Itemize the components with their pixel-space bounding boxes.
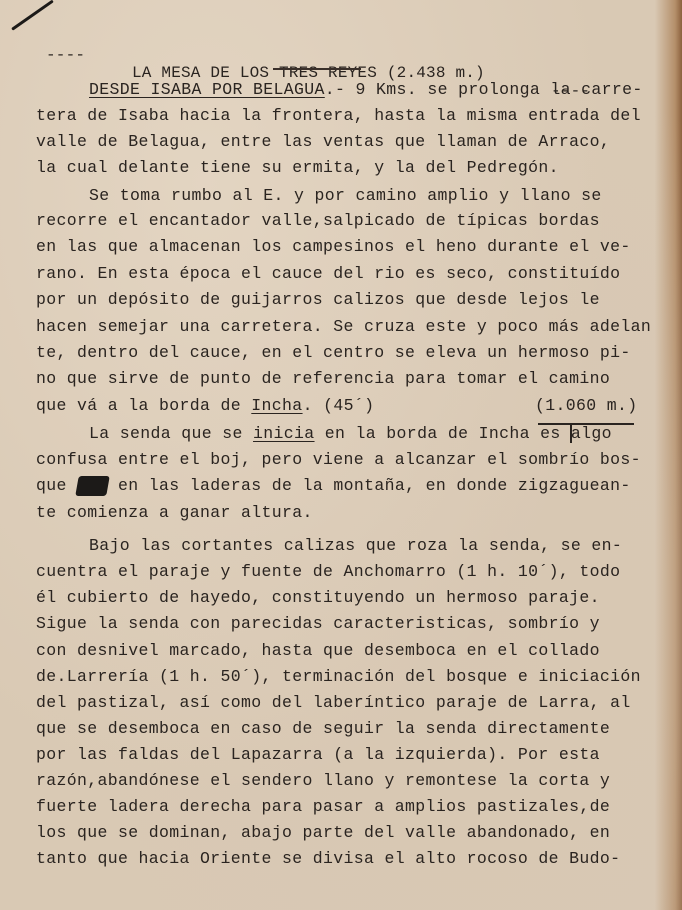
- text-line: hacen semejar una carretera. Se cruza es…: [36, 317, 651, 337]
- text-line: La senda que se inicia en la borda de In…: [89, 424, 612, 444]
- text-line: Sigue la senda con parecidas caracterist…: [36, 614, 600, 634]
- struck-out-word: hay: [75, 476, 109, 496]
- text-line: que vá a la borda de Incha. (45´): [36, 396, 374, 416]
- pencil-mark: [11, 0, 54, 31]
- text-line: por un depósito de guijarros calizos que…: [36, 290, 600, 310]
- text-line: rano. En esta época el cauce del rio es …: [36, 264, 620, 284]
- text-line: confusa entre el boj, pero viene a alcan…: [36, 450, 641, 470]
- altitude-reference: (1.060 m.): [535, 396, 638, 416]
- text-line: del pastizal, así como del laberíntico p…: [36, 693, 631, 713]
- text-line: Bajo las cortantes calizas que roza la s…: [89, 536, 622, 556]
- text-line: en las que almacenan los campesinos el h…: [36, 237, 631, 257]
- text-line: te comienza a ganar altura.: [36, 503, 313, 523]
- text-line: él cubierto de hayedo, constituyendo un …: [36, 588, 600, 608]
- text-line: valle de Belagua, entre las ventas que l…: [36, 132, 610, 152]
- text-line: por las faldas del Lapazarra (a la izqui…: [36, 745, 600, 765]
- text-line: de.Larrería (1 h. 50´), terminación del …: [36, 667, 641, 687]
- text-line: te, dentro del cauce, en el centro se el…: [36, 343, 631, 363]
- place-name-incha: Incha: [251, 396, 302, 415]
- word-inicia: inicia: [253, 424, 315, 443]
- text-line: fuerte ladera derecha para pasar a ampli…: [36, 797, 610, 817]
- text-line: no que sirve de punto de referencia para…: [36, 369, 610, 389]
- text-line: la cual delante tiene su ermita, y la de…: [36, 158, 559, 178]
- text-line: razón,abandónese el sendero llano y remo…: [36, 771, 610, 791]
- text-line: Se toma rumbo al E. y por camino amplio …: [89, 186, 602, 206]
- text-line: tera de Isaba hacia la frontera, hasta l…: [36, 106, 641, 126]
- section-heading: DESDE ISABA POR BELAGUA: [89, 80, 325, 99]
- text-line: los que se dominan, abajo parte del vall…: [36, 823, 610, 843]
- text-line: que se desemboca en caso de seguir la se…: [36, 719, 610, 739]
- text-line: DESDE ISABA POR BELAGUA.- 9 Kms. se prol…: [89, 80, 643, 100]
- title-underline: [273, 68, 361, 70]
- text-line: recorre el encantador valle,salpicado de…: [36, 211, 600, 231]
- text-line: que hay en las laderas de la montaña, en…: [36, 476, 631, 496]
- text-line: cuentra el paraje y fuente de Anchomarro…: [36, 562, 620, 582]
- title-dash-left: ----: [46, 46, 85, 64]
- page-title: ---- LA MESA DE LOS TRES REYES (2.438 m.…: [46, 28, 606, 118]
- text-line: con desnivel marcado, hasta que desemboc…: [36, 641, 600, 661]
- text-line: tanto que hacia Oriente se divisa el alt…: [36, 849, 620, 869]
